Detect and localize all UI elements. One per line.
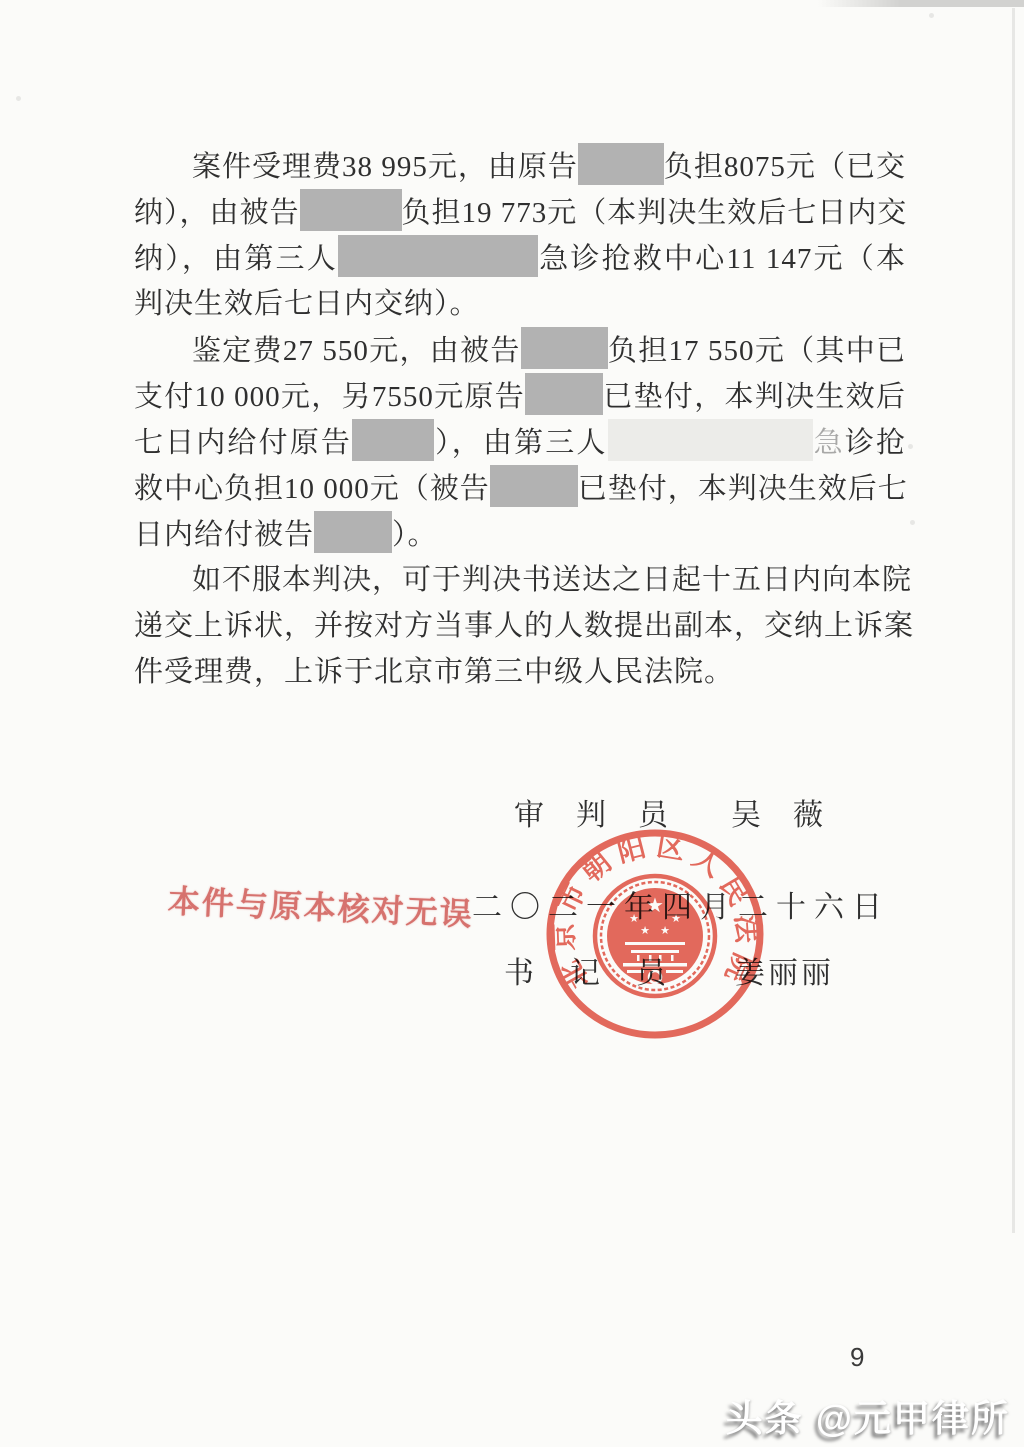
text-run: 纳），由被告	[134, 197, 300, 229]
text-run: 救中心负担10 000元（被告	[134, 473, 490, 505]
text-run: ），由第三人	[434, 427, 608, 459]
text-run: 急诊抢救中心11 147元（本	[538, 243, 906, 275]
scan-speck	[929, 13, 934, 18]
text-run: ）。	[392, 519, 438, 551]
scanned-judgment-page: { "document": { "paragraphs": [ { "lines…	[0, 0, 1024, 1447]
page-number: 9	[850, 1342, 864, 1373]
text-run: 纳），由第三人	[134, 243, 338, 275]
text-run: 递交上诉状，并按对方当事人的人数提出副本，交纳上诉案	[134, 610, 914, 642]
redaction-box	[608, 419, 813, 461]
scan-speck	[908, 444, 913, 449]
text-run: 诊抢	[845, 427, 906, 459]
text-run: 支付10 000元，另7550元原告	[134, 381, 525, 413]
text-line: 纳），由被告负担19 773元（本判决生效后七日内交	[134, 189, 906, 235]
text-run: 已垫付，本判决生效后七	[578, 473, 908, 505]
svg-text:★: ★	[646, 893, 664, 917]
text-run: 案件受理费38 995元，由原告	[192, 151, 578, 183]
text-run: 七日内给付原告	[134, 427, 352, 459]
text-line: 件受理费，上诉于北京市第三中级人民法院。	[134, 649, 906, 695]
watermark-text: 头条 @元甲律所	[726, 1388, 1010, 1442]
court-seal-stamp: 北京市朝阳区人民法院 ★ ★ ★ ★ ★	[540, 824, 770, 1044]
text-run: 负担8075元（已交	[664, 151, 906, 183]
paragraph: 鉴定费27 550元，由被告负担17 550元（其中已支付10 000元，另75…	[134, 327, 906, 557]
text-run: 如不服本判决，可于判决书送达之日起十五日内向本院	[192, 564, 912, 596]
text-run: 件受理费，上诉于北京市第三中级人民法院。	[134, 656, 734, 688]
text-line: 救中心负担10 000元（被告已垫付，本判决生效后七	[134, 465, 906, 511]
paragraph: 案件受理费38 995元，由原告负担8075元（已交纳），由被告负担19 773…	[134, 143, 906, 327]
redaction-box	[300, 189, 402, 231]
text-run: 急	[813, 427, 845, 459]
text-line: 纳），由第三人急诊抢救中心11 147元（本	[134, 235, 906, 281]
redaction-box	[352, 419, 434, 461]
text-run: 鉴定费27 550元，由被告	[192, 335, 521, 367]
redaction-box	[525, 373, 603, 415]
text-run: 判决生效后七日内交纳）。	[134, 288, 480, 320]
text-run: 已垫付，本判决生效后	[603, 381, 906, 413]
national-emblem-icon: ★ ★ ★ ★ ★	[595, 876, 715, 996]
svg-text:★: ★	[660, 924, 670, 937]
text-line: 案件受理费38 995元，由原告负担8075元（已交	[134, 143, 906, 189]
svg-text:★: ★	[671, 912, 681, 925]
verification-stamp-text: 本件与原本核对无误	[167, 876, 475, 935]
text-line: 判决生效后七日内交纳）。	[134, 281, 906, 327]
paragraph: 如不服本判决，可于判决书送达之日起十五日内向本院递交上诉状，并按对方当事人的人数…	[134, 557, 906, 695]
scan-edge-line	[1012, 8, 1015, 1233]
text-line: 七日内给付原告），由第三人急诊抢	[134, 419, 906, 465]
text-run: 负担19 773元（本判决生效后七日内交	[402, 197, 908, 229]
svg-text:★: ★	[629, 912, 639, 925]
document-body: 案件受理费38 995元，由原告负担8075元（已交纳），由被告负担19 773…	[134, 143, 906, 695]
scan-speck	[910, 520, 915, 525]
text-line: 递交上诉状，并按对方当事人的人数提出副本，交纳上诉案	[134, 603, 906, 649]
scan-edge-band	[818, 0, 1024, 7]
svg-text:★: ★	[640, 924, 650, 937]
text-run: 日内给付被告	[134, 519, 314, 551]
text-line: 支付10 000元，另7550元原告已垫付，本判决生效后	[134, 373, 906, 419]
text-line: 鉴定费27 550元，由被告负担17 550元（其中已	[134, 327, 906, 373]
redaction-box	[490, 465, 578, 507]
redaction-box	[521, 327, 608, 369]
text-line: 日内给付被告）。	[134, 511, 906, 557]
redaction-box	[338, 235, 538, 277]
text-line: 如不服本判决，可于判决书送达之日起十五日内向本院	[134, 557, 906, 603]
redaction-box	[314, 511, 392, 553]
redaction-box	[578, 143, 664, 185]
scan-speck	[16, 96, 21, 101]
text-run: 负担17 550元（其中已	[608, 335, 906, 367]
